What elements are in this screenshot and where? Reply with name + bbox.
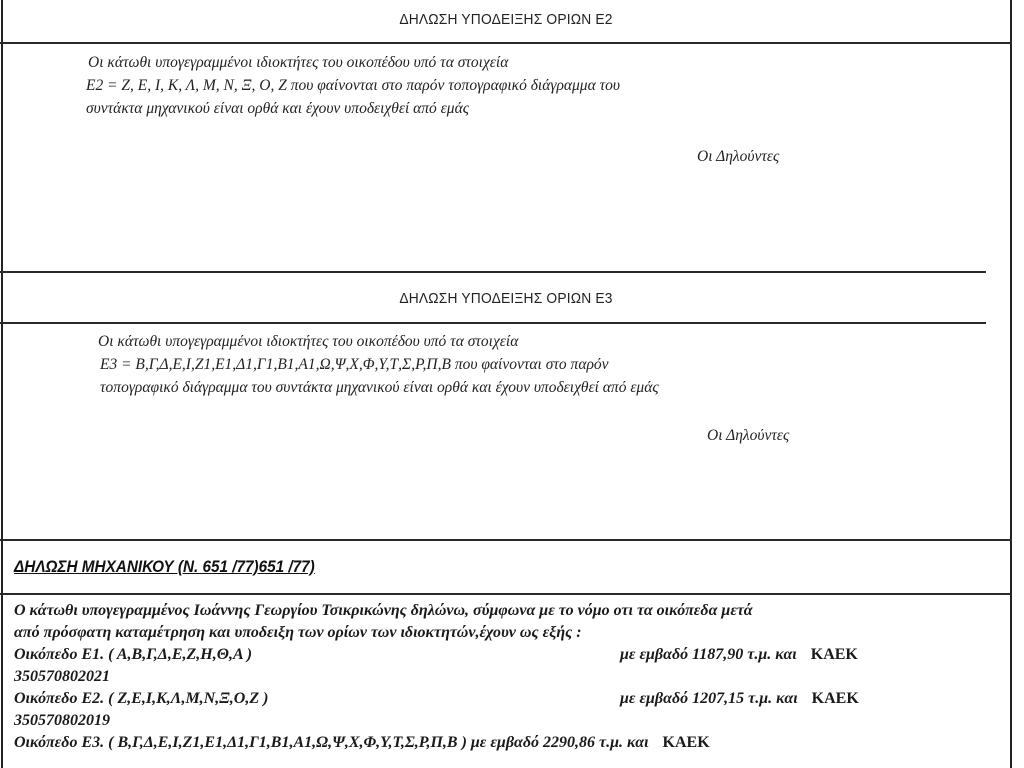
- engineer-intro-line-2: από πρόσφατη καταμέτρηση και υποδειξη τω…: [14, 622, 1004, 644]
- e2-line-2: Ε2 = Ζ, Ε, Ι, Κ, Λ, Μ, Ν, Ξ, Ο, Ζ που φα…: [86, 74, 620, 97]
- engineer-statement: Ο κάτωθι υπογεγραμμένος Ιωάννης Γεωργίου…: [14, 600, 1004, 754]
- plot-e1-kaek-label: ΚΑΕΚ: [811, 646, 858, 663]
- plot-e2-label: Οικόπεδο Ε2. ( Ζ,Ε,Ι,Κ,Λ,Μ,Ν,Ξ,Ο,Ζ ): [14, 690, 268, 707]
- plot-e2-kaek-label: ΚΑΕΚ: [812, 690, 859, 707]
- plot-e1-area: με εμβαδό 1187,90 τ.μ. καιΚΑΕΚ: [620, 644, 858, 666]
- e3-line-3: τοπογραφικό διάγραμμα του συντάκτα μηχαν…: [100, 376, 659, 399]
- frame-left-border: [1, 0, 3, 768]
- frame-right-border: [1010, 0, 1012, 768]
- engineer-intro-line-1: Ο κάτωθι υπογεγραμμένος Ιωάννης Γεωργίου…: [14, 600, 1004, 622]
- e2-line-3: συντάκτα μηχανικού είναι ορθά και έχουν …: [86, 97, 469, 120]
- e3-line-1: Οι κάτωθι υπογεγραμμένοι ιδιοκτήτες του …: [98, 330, 518, 353]
- engineer-top-divider: [0, 539, 1012, 541]
- plot-e2-kaek: 350570802019: [14, 710, 1004, 732]
- e2-title-divider: [0, 42, 1012, 44]
- e2-line-1: Οι κάτωθι υπογεγραμμένοι ιδιοκτήτες του …: [88, 51, 508, 74]
- e2-signers-label: Οι Δηλούντες: [697, 148, 779, 166]
- e3-line-2: Ε3 = Β,Γ,Δ,Ε,Ι,Ζ1,Ε1,Δ1,Γ1,Β1,Α1,Ω,Ψ,Χ,Φ…: [100, 353, 609, 376]
- plot-e1-row: Οικόπεδο Ε1. ( Α,Β,Γ,Δ,Ε,Ζ,Η,Θ,Α ) με εμ…: [14, 644, 1004, 666]
- plot-e2-row: Οικόπεδο Ε2. ( Ζ,Ε,Ι,Κ,Λ,Μ,Ν,Ξ,Ο,Ζ ) με …: [14, 688, 1004, 710]
- e3-title-divider: [0, 322, 986, 324]
- engineer-title-divider: [0, 593, 1012, 595]
- plot-e2-area-text: με εμβαδό 1207,15 τ.μ. και: [620, 690, 798, 707]
- plot-e3-row: Οικόπεδο Ε3. ( Β,Γ,Δ,Ε,Ι,Ζ1,Ε1,Δ1,Γ1,Β1,…: [14, 732, 1004, 754]
- plot-e2-area: με εμβαδό 1207,15 τ.μ. καιΚΑΕΚ: [620, 688, 859, 710]
- plot-e3-label: Οικόπεδο Ε3. ( Β,Γ,Δ,Ε,Ι,Ζ1,Ε1,Δ1,Γ1,Β1,…: [14, 734, 649, 751]
- e3-signers-label: Οι Δηλούντες: [707, 427, 789, 445]
- e2-section-title: ΔΗΛΩΣΗ ΥΠΟΔΕΙΞΗΣ ΟΡΙΩΝ Ε2: [40, 11, 971, 28]
- plot-e1-kaek: 350570802021: [14, 666, 1004, 688]
- plot-e1-label: Οικόπεδο Ε1. ( Α,Β,Γ,Δ,Ε,Ζ,Η,Θ,Α ): [14, 646, 252, 663]
- engineer-section-title: ΔΗΛΩΣΗ ΜΗΧΑΝΙΚΟΥ (Ν. 651 /77)651 /77): [14, 557, 315, 577]
- plot-e3-kaek-label: ΚΑΕΚ: [663, 734, 710, 751]
- e3-top-divider: [0, 271, 986, 273]
- e3-section-title: ΔΗΛΩΣΗ ΥΠΟΔΕΙΞΗΣ ΟΡΙΩΝ Ε3: [40, 290, 971, 307]
- plot-e1-area-text: με εμβαδό 1187,90 τ.μ. και: [620, 646, 797, 663]
